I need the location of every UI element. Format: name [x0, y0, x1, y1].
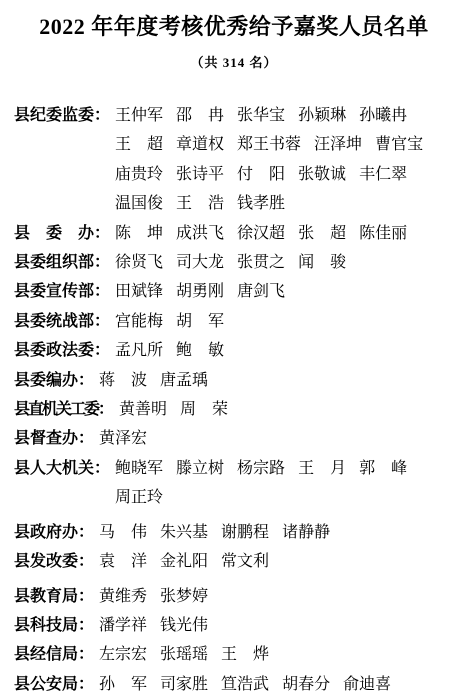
list-row: 县委统战部：宫能梅胡 军	[14, 307, 454, 336]
person-name: 张诗平	[176, 166, 224, 183]
person-name: 闻 骏	[298, 254, 346, 271]
department-label: 县科技局：	[14, 617, 94, 634]
person-name: 丰仁翠	[359, 166, 407, 183]
person-name: 司大龙	[176, 254, 224, 271]
person-name: 张贯之	[237, 254, 285, 271]
person-name: 胡春分	[282, 676, 330, 693]
document-title: 2022 年年度考核优秀给予嘉奖人员名单	[14, 10, 454, 41]
person-name: 张华宝	[237, 107, 285, 124]
department-label: 县委组织部：	[14, 254, 110, 271]
person-name: 胡 军	[176, 313, 224, 330]
person-name: 周正玲	[115, 489, 163, 506]
person-name: 章道权	[176, 136, 224, 153]
list-row: 县委政法委：孟凡所鲍 敏	[14, 336, 454, 365]
list-row: 庙贵玲张诗平付 阳张敬诚丰仁翠	[14, 160, 454, 189]
person-name: 鲍 敏	[176, 342, 224, 359]
list-row: 县教育局：黄维秀张梦婷	[14, 582, 454, 611]
person-name: 汪泽坤	[314, 136, 362, 153]
person-name: 郑王书蓉	[237, 136, 301, 153]
department-label: 县委政法委：	[14, 342, 110, 359]
list-row: 县科技局：潘学祥钱光伟	[14, 611, 454, 640]
department-label: 县人大机关：	[14, 460, 110, 477]
person-name: 朱兴基	[160, 524, 208, 541]
document-subtitle: （共 314 名）	[14, 52, 454, 71]
list-row: 县纪委监委：王仲军邵 冉张华宝孙颖琳孙曦冉	[14, 101, 454, 130]
person-name: 邵 冉	[176, 107, 224, 124]
person-name: 陈 坤	[115, 225, 163, 242]
department-label: 县委统战部：	[14, 313, 110, 330]
person-name: 唐孟瑀	[160, 372, 208, 389]
person-name: 王 烨	[221, 646, 269, 663]
person-name: 诸静静	[282, 524, 330, 541]
person-name: 俞迪喜	[343, 676, 391, 693]
person-name: 曹官宝	[375, 136, 423, 153]
person-name: 孙颖琳	[298, 107, 346, 124]
department-label: 县发改委：	[14, 553, 94, 570]
person-name: 徐汉超	[237, 225, 285, 242]
person-name: 王 月	[298, 460, 346, 477]
person-name: 左宗宏	[99, 646, 147, 663]
person-name: 司家胜	[160, 676, 208, 693]
person-name: 付 阳	[237, 166, 285, 183]
person-name: 孙曦冉	[359, 107, 407, 124]
award-list: 县纪委监委：王仲军邵 冉张华宝孙颖琳孙曦冉王 超章道权郑王书蓉汪泽坤曹官宝庙贵玲…	[14, 101, 454, 695]
department-label: 县委宣传部：	[14, 283, 110, 300]
department-label: 县经信局：	[14, 646, 94, 663]
department-label: 县纪委监委：	[14, 107, 110, 124]
list-row: 县发改委：袁 洋金礼阳常文利	[14, 547, 454, 576]
person-name: 张敬诚	[298, 166, 346, 183]
person-name: 王 浩	[176, 195, 224, 212]
person-name: 王 超	[115, 136, 163, 153]
list-row: 县直机关工委：黄善明周 荣	[14, 395, 454, 424]
person-name: 张梦婷	[160, 588, 208, 605]
person-name: 常文利	[221, 553, 269, 570]
department-label: 县督查办：	[14, 430, 94, 447]
person-name: 袁 洋	[99, 553, 147, 570]
person-name: 成洪飞	[176, 225, 224, 242]
person-name: 王仲军	[115, 107, 163, 124]
department-label: 县教育局：	[14, 588, 94, 605]
award-document: 2022 年年度考核优秀给予嘉奖人员名单 （共 314 名） 县纪委监委：王仲军…	[0, 0, 462, 695]
person-name: 孟凡所	[115, 342, 163, 359]
list-row: 县督查办：黄泽宏	[14, 424, 454, 453]
list-row: 县人大机关：鲍晓军滕立树杨宗路王 月郭 峰	[14, 454, 454, 483]
person-name: 黄善明	[119, 401, 167, 418]
person-name: 钱光伟	[160, 617, 208, 634]
person-name: 庙贵玲	[115, 166, 163, 183]
list-row: 县经信局：左宗宏张瑶瑶王 烨	[14, 640, 454, 669]
list-row: 温国俊王 浩钱孝胜	[14, 189, 454, 218]
person-name: 宫能梅	[115, 313, 163, 330]
list-row: 周正玲	[14, 483, 454, 512]
person-name: 金礼阳	[160, 553, 208, 570]
person-name: 田斌锋	[115, 283, 163, 300]
person-name: 张 超	[298, 225, 346, 242]
list-row: 县 委 办：陈 坤成洪飞徐汉超张 超陈佳丽	[14, 219, 454, 248]
person-name: 黄维秀	[99, 588, 147, 605]
list-row: 县公安局：孙 军司家胜笪浩武胡春分俞迪喜	[14, 670, 454, 695]
list-row: 县政府办：马 伟朱兴基谢鹏程诸静静	[14, 518, 454, 547]
person-name: 黄泽宏	[99, 430, 147, 447]
person-name: 唐剑飞	[237, 283, 285, 300]
department-label: 县委编办：	[14, 372, 94, 389]
person-name: 郭 峰	[359, 460, 407, 477]
person-name: 鲍晓军	[115, 460, 163, 477]
department-label: 县公安局：	[14, 676, 94, 693]
person-name: 周 荣	[180, 401, 228, 418]
person-name: 蒋 波	[99, 372, 147, 389]
person-name: 钱孝胜	[237, 195, 285, 212]
list-row: 县委组织部：徐贤飞司大龙张贯之闻 骏	[14, 248, 454, 277]
person-name: 谢鹏程	[221, 524, 269, 541]
person-name: 温国俊	[115, 195, 163, 212]
person-name: 孙 军	[99, 676, 147, 693]
department-label: 县政府办：	[14, 524, 94, 541]
person-name: 胡勇刚	[176, 283, 224, 300]
person-name: 陈佳丽	[359, 225, 407, 242]
department-label: 县 委 办：	[14, 225, 110, 242]
list-row: 县委编办：蒋 波唐孟瑀	[14, 366, 454, 395]
person-name: 马 伟	[99, 524, 147, 541]
person-name: 潘学祥	[99, 617, 147, 634]
person-name: 徐贤飞	[115, 254, 163, 271]
department-label: 县直机关工委：	[14, 401, 112, 418]
list-row: 王 超章道权郑王书蓉汪泽坤曹官宝	[14, 130, 454, 159]
person-name: 笪浩武	[221, 676, 269, 693]
person-name: 滕立树	[176, 460, 224, 477]
list-row: 县委宣传部：田斌锋胡勇刚唐剑飞	[14, 277, 454, 306]
person-name: 张瑶瑶	[160, 646, 208, 663]
person-name: 杨宗路	[237, 460, 285, 477]
